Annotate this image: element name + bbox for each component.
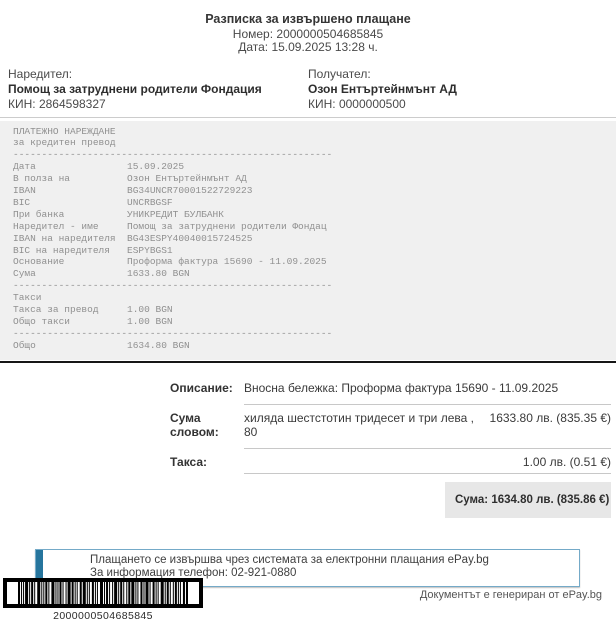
- description-label: Описание:: [170, 375, 244, 405]
- description-row: Описание: Вносна бележка: Проформа факту…: [170, 375, 611, 405]
- payee-name: Озон Ентъртейнмънт АД: [308, 82, 608, 97]
- receipt-title: Разписка за извършено плащане: [0, 13, 616, 27]
- epay-info-line1: Плащането се извършва чрез системата за …: [90, 554, 569, 568]
- amount-in-words-row: Сума словом: хиляда шестстотин тридесет …: [170, 405, 611, 449]
- barcode-bars: [18, 582, 188, 604]
- amount-words-amount: 1633.80 лв. (835.35 €): [490, 411, 611, 439]
- barcode: [3, 578, 203, 608]
- fee-amount: 1.00 лв. (0.51 €): [523, 455, 611, 469]
- payer-label: Наредител:: [8, 67, 308, 82]
- parties-section: Наредител: Помощ за затруднени родители …: [0, 59, 616, 118]
- payment-details-section: Описание: Вносна бележка: Проформа факту…: [170, 375, 611, 518]
- payee-section: Получател: Озон Ентъртейнмънт АД КИН: 00…: [308, 67, 608, 112]
- payee-label: Получател:: [308, 67, 608, 82]
- payment-receipt-page: Разписка за извършено плащане Номер: 200…: [0, 0, 616, 640]
- payer-section: Наредител: Помощ за затруднени родители …: [8, 67, 308, 112]
- total-amount: Сума: 1634.80 лв. (835.86 €): [455, 494, 609, 506]
- payment-order-block: ПЛАТЕЖНО НАРЕЖДАНЕ за кредитен превод --…: [0, 121, 616, 360]
- payee-kin: КИН: 0000000500: [308, 97, 608, 112]
- payer-name: Помощ за затруднени родители Фондация: [8, 82, 308, 97]
- fee-label: Такса:: [170, 449, 244, 474]
- generated-note: Документът е генериран от ePay.bg: [420, 589, 602, 601]
- receipt-header: Разписка за извършено плащане Номер: 200…: [0, 0, 616, 55]
- section-divider-rule: [0, 361, 616, 363]
- amount-words-label: Сума словом:: [170, 405, 244, 449]
- receipt-number: Номер: 2000000504685845: [0, 28, 616, 42]
- fee-row: Такса: 1.00 лв. (0.51 €): [170, 449, 611, 474]
- receipt-date: Дата: 15.09.2025 13:28 ч.: [0, 41, 616, 55]
- barcode-number: 2000000504685845: [3, 610, 203, 622]
- amount-words-value: хиляда шестстотин тридесет и три лева , …: [244, 411, 490, 439]
- description-value: Вносна бележка: Проформа фактура 15690 -…: [244, 381, 558, 395]
- total-amount-box: Сума: 1634.80 лв. (835.86 €): [445, 482, 611, 518]
- payer-kin: КИН: 2864598327: [8, 97, 308, 112]
